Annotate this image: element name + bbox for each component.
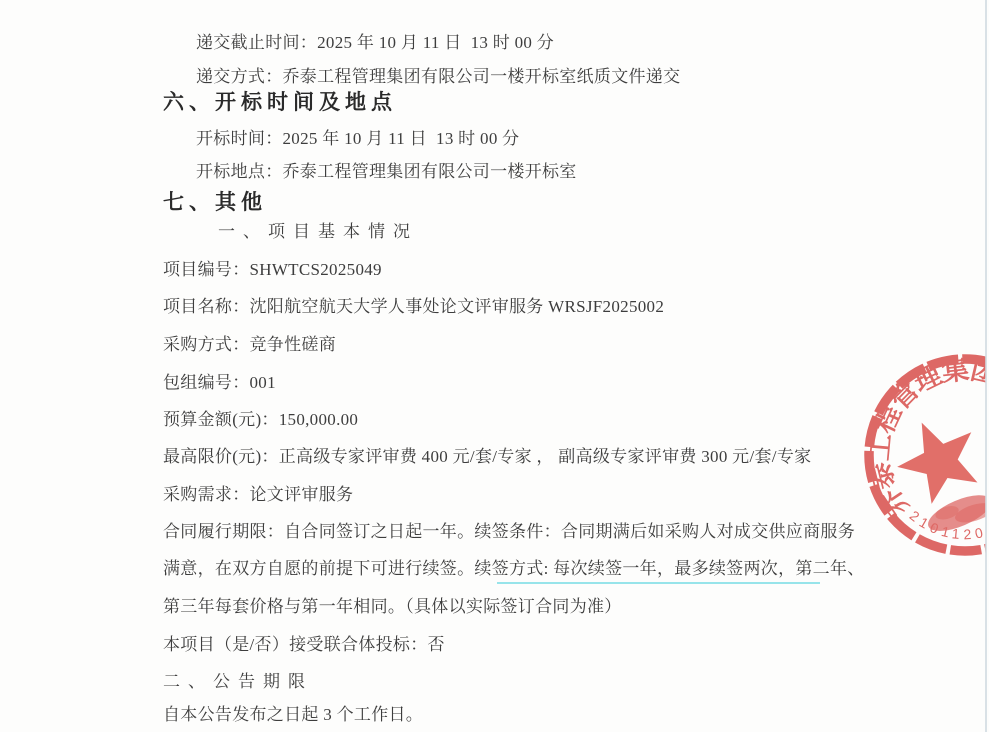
ink-smudge xyxy=(921,476,986,539)
section7-heading: 七、其他 xyxy=(163,186,267,216)
stamp-clip-region: 乔泰工程管理集团有限公司 210112001129 xyxy=(0,0,986,732)
announcement-period-line: 自本公告发布之日起 3 个工作日。 xyxy=(163,700,423,725)
project-name-line: 项目名称：沈阳航空航天大学人事处论文评审服务 WRSJF2025002 xyxy=(163,292,664,317)
scan-edge-line xyxy=(985,0,987,732)
seal-serial-number: 210112001129 xyxy=(904,473,986,561)
highlight-underline xyxy=(497,582,820,584)
project-number-line: 项目编号：SHWTCS2025049 xyxy=(163,255,382,280)
document-page: 递交截止时间：2025 年 10 月 11 日 13 时 00 分 递交方式：乔… xyxy=(0,0,989,732)
max-price-limit-line: 最高限价(元)：正高级专家评审费 400 元/套/专家 ， 副高级专家评审费 3… xyxy=(163,442,811,467)
seal-company-textpath: 乔泰工程管理集团有限公司 xyxy=(838,328,986,527)
submission-deadline-line: 递交截止时间：2025 年 10 月 11 日 13 时 00 分 xyxy=(196,28,554,53)
seal-serial-textpath: 210112001129 xyxy=(904,473,986,561)
sub2-heading: 二、公告期限 xyxy=(163,667,313,692)
bid-opening-time-line: 开标时间：2025 年 10 月 11 日 13 时 00 分 xyxy=(196,124,519,149)
contract-term-line-3: 第三年每套价格与第一年相同。（具体以实际签订合同为准） xyxy=(163,592,622,617)
budget-amount-line: 预算金额(元)：150,000.00 xyxy=(163,405,358,430)
procurement-demand-line: 采购需求：论文评审服务 xyxy=(163,480,353,505)
sub1-heading: 一、项目基本情况 xyxy=(218,217,418,242)
contract-term-line-2: 满意，在双方自愿的前提下可进行续签。续签方式: 每次续签一年，最多续签两次，第二… xyxy=(163,554,865,579)
bid-opening-place-line: 开标地点：乔泰工程管理集团有限公司一楼开标室 xyxy=(196,157,577,182)
seal-ring xyxy=(845,335,986,575)
red-star-icon xyxy=(885,405,986,510)
submission-method-line: 递交方式：乔泰工程管理集团有限公司一楼开标室纸质文件递交 xyxy=(196,62,680,87)
seal-company-text: 乔泰工程管理集团有限公司 xyxy=(838,328,986,527)
contract-term-line-1: 合同履行期限：自合同签订之日起一年。续签条件：合同期满后如采购人对成交供应商服务 xyxy=(163,517,855,542)
procurement-method-line: 采购方式：竞争性磋商 xyxy=(163,330,336,355)
package-number-line: 包组编号：001 xyxy=(163,368,276,393)
section6-heading: 六、开标时间及地点 xyxy=(163,86,397,116)
consortium-bid-line: 本项目（是/否）接受联合体投标：否 xyxy=(163,630,445,655)
